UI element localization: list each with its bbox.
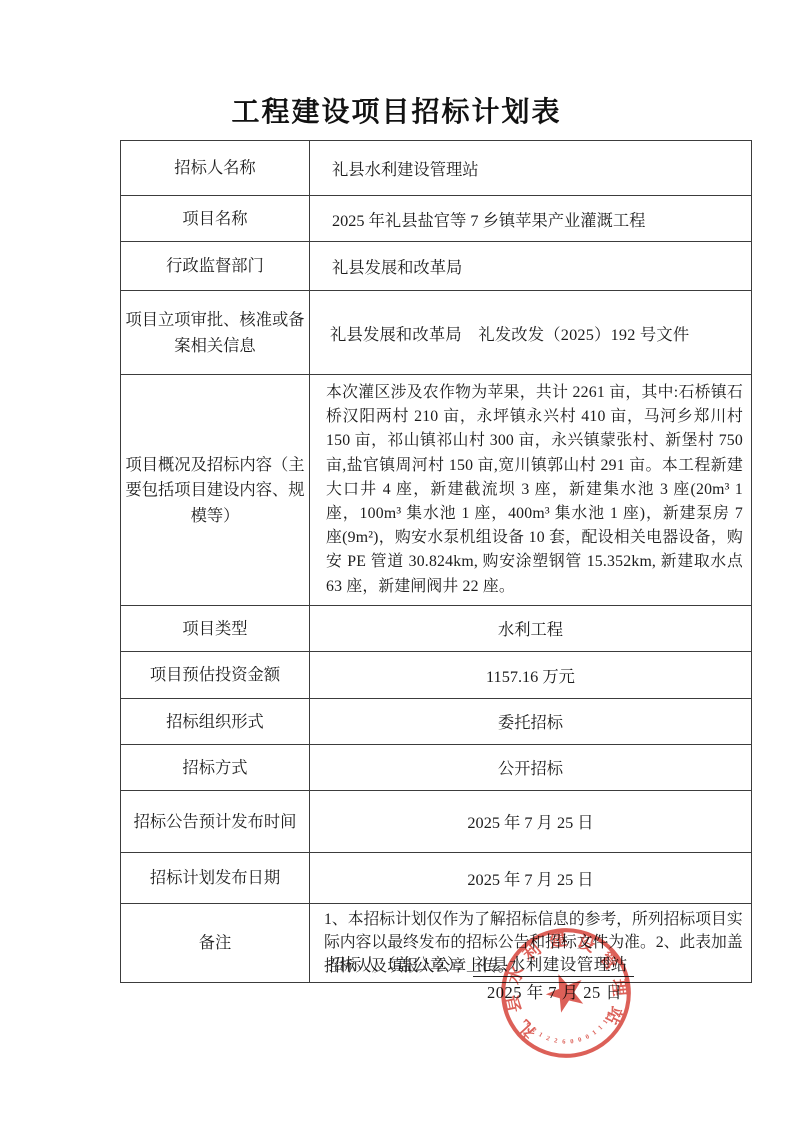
row-label-cell: 项目概况及招标内容（主要包括项目建设内容、规模等） [121, 375, 310, 606]
page-title: 工程建设项目招标计划表 [0, 0, 793, 130]
row-label-cell: 招标方式 [121, 744, 310, 790]
row-label-cell: 招标组织形式 [121, 698, 310, 744]
table-row: 项目立项审批、核准或备案相关信息 礼县发展和改革局 礼发改发（2025）192 … [121, 291, 752, 375]
row-value-cell: 2025 年 7 月 25 日 [310, 852, 752, 903]
row-value-cell: 2025 年 7 月 25 日 [310, 790, 752, 852]
row-value-cell: 礼县水利建设管理站 [310, 141, 752, 196]
row-label-cell: 招标计划发布日期 [121, 852, 310, 903]
row-value-cell: 委托招标 [310, 698, 752, 744]
sign-date: 2025 年 7 月 25 日 [487, 979, 622, 1003]
table-row: 项目名称 2025 年礼县盐官等 7 乡镇苹果产业灌溉工程 [121, 196, 752, 242]
row-value-cell: 公开招标 [310, 744, 752, 790]
row-value-cell: 礼县发展和改革局 [310, 242, 752, 291]
signer-name: 礼县水利建设管理站 [473, 955, 634, 977]
row-label-cell: 项目立项审批、核准或备案相关信息 [121, 291, 310, 375]
row-value-cell: 1157.16 万元 [310, 651, 752, 698]
table-row: 招标组织形式 委托招标 [121, 698, 752, 744]
row-label-cell: 项目名称 [121, 196, 310, 242]
signer-label: 招标人（盖公章）： [328, 955, 473, 974]
row-value-cell: 水利工程 [310, 605, 752, 651]
table-row: 招标计划发布日期 2025 年 7 月 25 日 [121, 852, 752, 903]
table-row: 项目类型 水利工程 [121, 605, 752, 651]
table-row: 行政监督部门 礼县发展和改革局 [121, 242, 752, 291]
row-label-cell: 备注 [121, 903, 310, 983]
document-page: 工程建设项目招标计划表 招标人名称 礼县水利建设管理站 项目名称 2025 年礼… [0, 0, 793, 1122]
table-row: 项目预估投资金额 1157.16 万元 [121, 651, 752, 698]
row-label-cell: 项目预估投资金额 [121, 651, 310, 698]
table-row: 招标人名称 礼县水利建设管理站 [121, 141, 752, 196]
row-label-cell: 项目类型 [121, 605, 310, 651]
bidding-plan-table: 招标人名称 礼县水利建设管理站 项目名称 2025 年礼县盐官等 7 乡镇苹果产… [120, 140, 752, 983]
row-label-cell: 行政监督部门 [121, 242, 310, 291]
row-label-cell: 招标人名称 [121, 141, 310, 196]
table-row: 招标公告预计发布时间 2025 年 7 月 25 日 [121, 790, 752, 852]
row-value-cell: 2025 年礼县盐官等 7 乡镇苹果产业灌溉工程 [310, 196, 752, 242]
row-value-cell: 礼县发展和改革局 礼发改发（2025）192 号文件 [310, 291, 752, 375]
seal-number-text: 6212260001118 [524, 1009, 618, 1051]
svg-text:6212260001118: 6212260001118 [524, 1009, 618, 1051]
row-label-cell: 招标公告预计发布时间 [121, 790, 310, 852]
table-row: 招标方式 公开招标 [121, 744, 752, 790]
table-row: 项目概况及招标内容（主要包括项目建设内容、规模等） 本次灌区涉及农作物为苹果，共… [121, 375, 752, 606]
signer-line: 招标人（盖公章）：礼县水利建设管理站 [328, 951, 634, 975]
row-value-cell: 本次灌区涉及农作物为苹果，共计 2261 亩，其中:石桥镇石桥汉阳两村 210 … [310, 375, 752, 606]
